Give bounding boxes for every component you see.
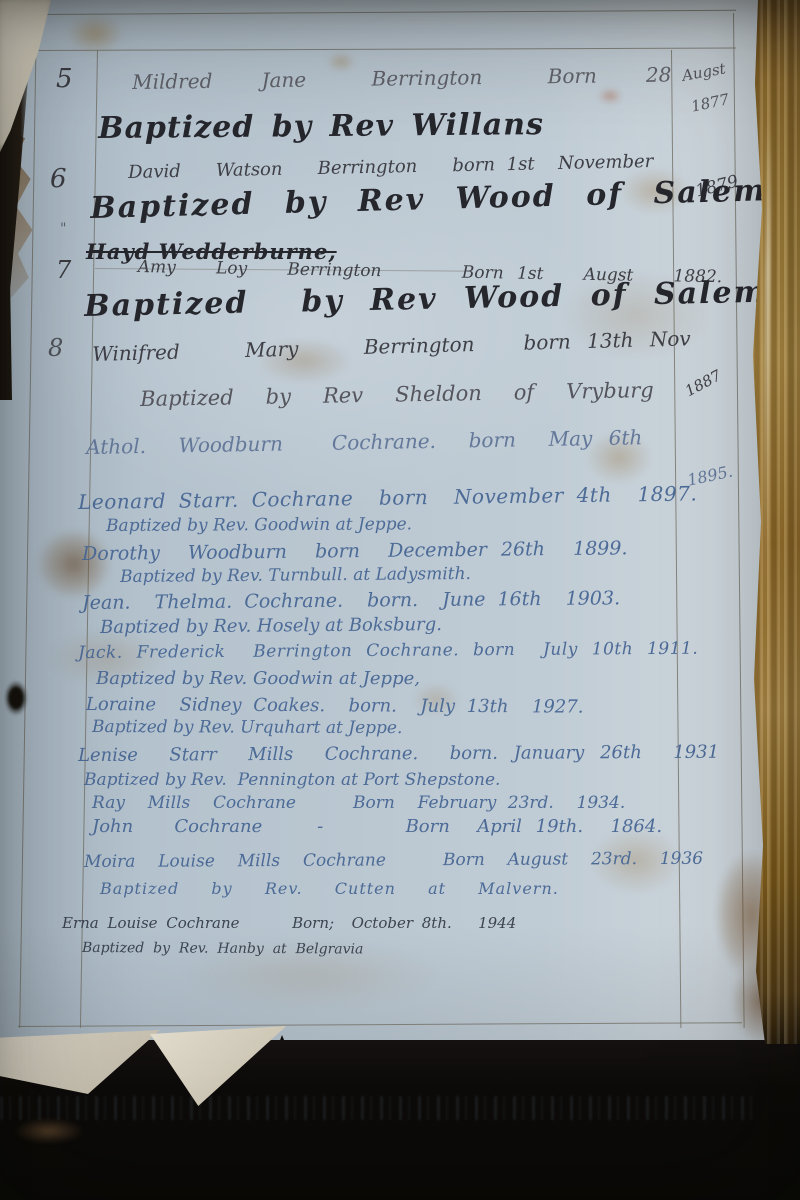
register-line: Baptized by Rev. Pennington at Port Shep… <box>84 772 500 789</box>
register-line: Baptized by Rev. Urquhart at Jeppe. <box>92 719 402 737</box>
entry-number: 8 <box>48 336 63 360</box>
deckled-edge-texture <box>0 1096 760 1120</box>
register-line: Lenise Starr Mills Cochrane. born. Janua… <box>78 744 719 765</box>
entry-number: 5 <box>56 66 73 92</box>
register-line: Baptized by Rev. Hanby at Belgravia <box>82 941 363 956</box>
ditto-mark: " <box>60 222 66 236</box>
register-line: Erna Louise Cochrane Born; October 8th. … <box>62 916 516 931</box>
register-line: Jack. Frederick Berrington Cochrane. bor… <box>78 641 698 662</box>
register-line: Baptized by Rev. Cutten at Malvern. <box>100 881 559 897</box>
register-line: Moira Louise Mills Cochrane Born August … <box>84 851 703 871</box>
register-line: Baptized by Rev Willans <box>98 110 544 144</box>
register-line: Jean. Thelma. Cochrane. born. June 16th … <box>82 589 620 613</box>
register-line: Baptized by Rev. Goodwin at Jeppe. <box>106 516 412 535</box>
entry-number: 6 <box>50 166 67 192</box>
register-line: Ray Mills Cochrane Born February 23rd. 1… <box>92 795 625 812</box>
paper-curl <box>14 1118 84 1144</box>
entry-number: 7 <box>56 258 71 282</box>
register-line: Loraine Sidney Coakes. born. July 13th 1… <box>86 696 584 717</box>
register-line: Baptized by Rev. Turnbull. at Ladysmith. <box>120 566 471 586</box>
register-photo: 5Mildred Jane Berrington Born 28Augst187… <box>0 0 800 1200</box>
register-line: Baptized by Rev. Hosely at Boksburg. <box>100 616 442 637</box>
register-line: Baptized by Rev. Goodwin at Jeppe, <box>96 670 420 688</box>
register-line: John Cochrane - Born April 19th. 1864. <box>92 818 662 836</box>
